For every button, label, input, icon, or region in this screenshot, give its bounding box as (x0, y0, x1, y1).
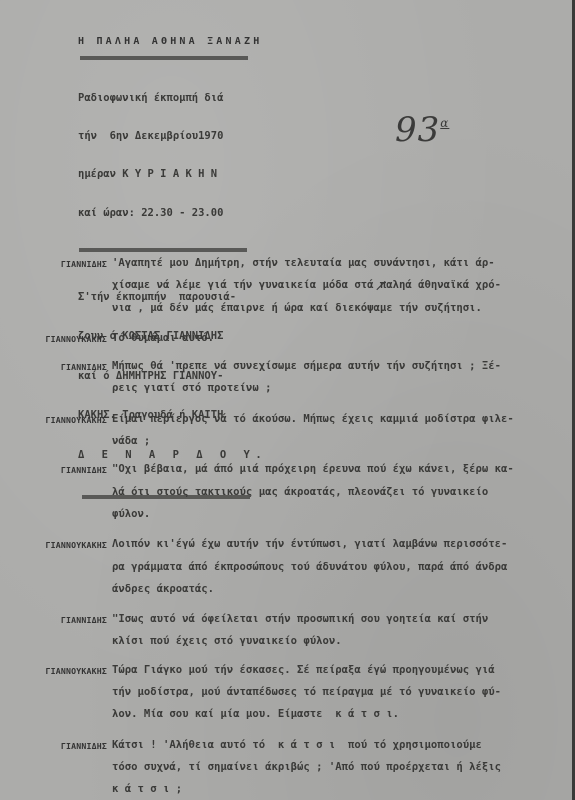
broadcast-info: Ραδιοφωνική έκπομπή διά τήν 6ην Δεκεμβρί… (78, 66, 258, 245)
speaker-name: ΓΙΑΝΝΟΥΚΑΚΗΣ (45, 540, 107, 550)
speaker-name: ΓΙΑΝΝΟΥΚΑΚΗΣ (45, 334, 107, 344)
speech-text: Είμαι περίεργος νά τό άκούσω. Μήπως έχει… (112, 408, 557, 453)
speaker-name: ΓΙΑΝΝΙΔΗΣ (61, 741, 107, 751)
speech-line: τήν μοδίστρα, μού άνταπέδωσες τό πείραγμ… (112, 681, 557, 703)
speech-text: Κάτσι ! 'Αλήθεια αυτό τό κ ά τ σ ι πού τ… (112, 734, 557, 800)
broadcast-info-line: καί ώραν: 22.30 - 23.00 (78, 207, 258, 220)
dialogue-turn: ΓΙΑΝΝΟΥΚΑΚΗΣΕίμαι περίεργος νά τό άκούσω… (0, 408, 572, 453)
broadcast-info-line: Ραδιοφωνική έκπομπή διά (78, 92, 258, 105)
speech-line: ρα γράμματα άπό έκπροσώπους τού άδυνάτου… (112, 556, 557, 578)
speech-line: κ ά τ σ ι ; (112, 778, 557, 800)
speaker-name: ΓΙΑΝΝΙΔΗΣ (61, 465, 107, 475)
speech-line: τόσο συχνά, τί σημαίνει άκριβώς ; 'Από π… (112, 756, 557, 778)
speaker-name: ΓΙΑΝΝΟΥΚΑΚΗΣ (45, 666, 107, 676)
dialogue-turn: ΓΙΑΝΝΟΥΚΑΚΗΣΤώρα Γιάγκο μού τήν έσκασες.… (0, 659, 572, 726)
speech-line: 'Αγαπητέ μου Δημήτρη, στήν τελευταία μας… (112, 252, 557, 274)
dialogue-turn: ΓΙΑΝΝΙΔΗΣΚάτσι ! 'Αλήθεια αυτό τό κ ά τ … (0, 734, 572, 800)
handwritten-page-number: 93α (395, 110, 449, 150)
speech-text: Μήπως θά 'πρεπε νά συνεχίσωμε σήμερα αυτ… (112, 355, 557, 400)
broadcast-info-line: ημέραν Κ Υ Ρ Ι Α Κ Η Ν (78, 168, 258, 181)
speaker-name: ΓΙΑΝΝΙΔΗΣ (61, 362, 107, 372)
document-page: Η ΠΑΛΗΑ ΑΘΗΝΑ ΞΑΝΑΖΗ Ραδιοφωνική έκπομπή… (0, 0, 572, 800)
speech-text: "Ισως αυτό νά όφείλεται στήν προσωπική σ… (112, 608, 557, 653)
speech-text: 'Αγαπητέ μου Δημήτρη, στήν τελευταία μας… (112, 252, 557, 319)
speech-line: χίσαμε νά λέμε γιά τήν γυναικεία μόδα στ… (112, 274, 557, 296)
dialogue-turn: ΓΙΑΝΝΙΔΗΣ"Οχι βέβαια, μά άπό μιά πρόχειρ… (0, 458, 572, 525)
speech-line: Μήπως θά 'πρεπε νά συνεχίσωμε σήμερα αυτ… (112, 355, 557, 377)
speech-text: Τό θυμάμαι αυτό. (112, 327, 557, 349)
speech-line: Λοιπόν κι'έγώ έχω αυτήν τήν έντύπωσι, γι… (112, 533, 557, 555)
speech-line: Είμαι περίεργος νά τό άκούσω. Μήπως έχει… (112, 408, 557, 430)
page-number-suffix: α (440, 116, 449, 130)
speech-line: Κάτσι ! 'Αλήθεια αυτό τό κ ά τ σ ι πού τ… (112, 734, 557, 756)
speaker-name: ΓΙΑΝΝΙΔΗΣ (61, 615, 107, 625)
speech-line: "Ισως αυτό νά όφείλεται στήν προσωπική σ… (112, 608, 557, 630)
document-title: Η ΠΑΛΗΑ ΑΘΗΝΑ ΞΑΝΑΖΗ (78, 36, 258, 52)
speech-text: Λοιπόν κι'έγώ έχω αυτήν τήν έντύπωσι, γι… (112, 533, 557, 600)
speech-text: Τώρα Γιάγκο μού τήν έσκασες. Σέ πείραξα … (112, 659, 557, 726)
speech-line: άνδρες άκροατάς. (112, 578, 557, 600)
speaker-name: ΓΙΑΝΝΙΔΗΣ (61, 259, 107, 269)
speech-line: κλίσι πού έχεις στό γυναικείο φύλον. (112, 630, 557, 652)
dialogue-turn: ΓΙΑΝΝΟΥΚΑΚΗΣΤό θυμάμαι αυτό. (0, 327, 572, 349)
dialogue-transcript: ΓΙΑΝΝΙΔΗΣ'Αγαπητέ μου Δημήτρη, στήν τελε… (0, 246, 572, 800)
broadcast-info-line: τήν 6ην Δεκεμβρίου1970 (78, 130, 258, 143)
speech-line: Τό θυμάμαι αυτό. (112, 327, 557, 349)
page-number-value: 93 (395, 110, 440, 150)
speech-line: νια , μά δέν μάς έπαιρνε ή ώρα καί διεκό… (112, 297, 557, 319)
speech-line: νάδα ; (112, 430, 557, 452)
speaker-name: ΓΙΑΝΝΟΥΚΑΚΗΣ (45, 415, 107, 425)
speech-line: ρεις γιατί στό προτείνω ; (112, 377, 557, 399)
speech-line: Τώρα Γιάγκο μού τήν έσκασες. Σέ πείραξα … (112, 659, 557, 681)
dialogue-turn: ΓΙΑΝΝΟΥΚΑΚΗΣΛοιπόν κι'έγώ έχω αυτήν τήν … (0, 533, 572, 600)
dialogue-turn: ΓΙΑΝΝΙΔΗΣ'Αγαπητέ μου Δημήτρη, στήν τελε… (0, 252, 572, 319)
dialogue-turn: ΓΙΑΝΝΙΔΗΣ"Ισως αυτό νά όφείλεται στήν πρ… (0, 608, 572, 653)
speech-line: "Οχι βέβαια, μά άπό μιά πρόχειρη έρευνα … (112, 458, 557, 480)
speech-line: φύλον. (112, 503, 557, 525)
speech-text: "Οχι βέβαια, μά άπό μιά πρόχειρη έρευνα … (112, 458, 557, 525)
speech-line: λον. Μία σου καί μία μου. Είμαστε κ ά τ … (112, 703, 557, 725)
header-rule-top (80, 56, 248, 60)
dialogue-turn: ΓΙΑΝΝΙΔΗΣΜήπως θά 'πρεπε νά συνεχίσωμε σ… (0, 355, 572, 400)
speech-line: λά ότι στούς τακτικούς μας άκροατάς, πλε… (112, 481, 557, 503)
